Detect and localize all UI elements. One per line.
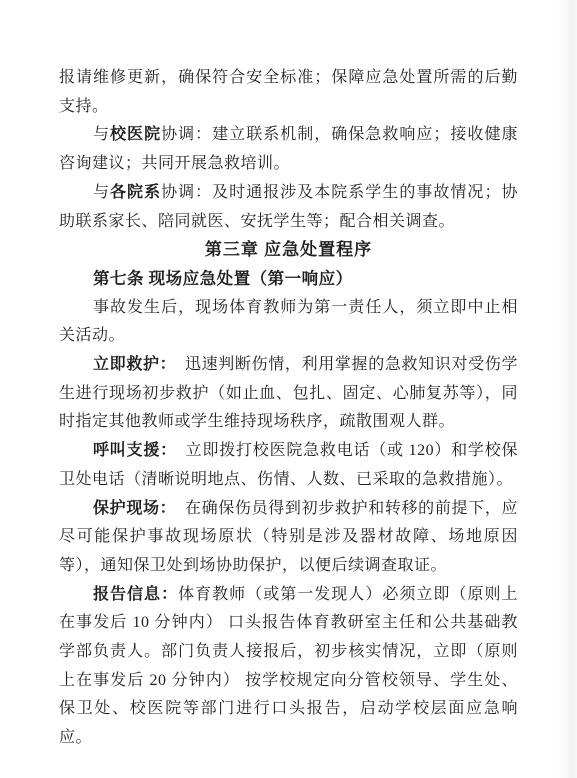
paragraph-protect-scene: 保护现场： 在确保伤员得到初步救护和转移的前提下，应尽可能保护事故现场原状（特别… (59, 495, 518, 581)
text-run: 事故发生后，现场体育教师为第一责任人，须立即中止相关活动。 (59, 299, 518, 345)
paragraph-call-support: 呼叫支援： 立即拨打校医院急救电话（或 120）和学校保卫处电话（清晰说明地点、… (59, 437, 518, 494)
chapter-3-heading: 第三章 应急处置程序 (59, 236, 518, 265)
text-run: 报告信息： (93, 586, 178, 603)
text-run: 呼叫支援： (93, 442, 169, 459)
text-run: 各院系 (110, 184, 161, 201)
document-page: 报请维修更新，确保符合安全标准；保障应急处置所需的后勤支持。与校医院协调：建立联… (0, 0, 577, 778)
paragraph-report-information: 报告信息：体育教师（或第一发现人）必须立即（原则上在事发后 10 分钟内） 口头… (59, 581, 518, 753)
text-run: 与 (93, 184, 110, 201)
text-run: 体育教师（或第一发现人）必须立即（原则上在事发后 10 分钟内） 口头报告体育教… (59, 586, 518, 747)
text-run: 第七条 现场应急处置（第一响应） (93, 269, 353, 288)
text-run: 第三章 应急处置程序 (205, 240, 372, 259)
page-edge-shadow (557, 0, 577, 778)
text-run: 立即救护： (93, 356, 168, 373)
paragraph-hospital-coordination: 与校医院协调：建立联系机制，确保急救响应；接收健康咨询建议；共同开展急救培训。 (59, 121, 518, 178)
text-run: 校医院 (110, 126, 161, 143)
article-7-heading: 第七条 现场应急处置（第一响应） (59, 265, 518, 294)
document-body: 报请维修更新，确保符合安全标准；保障应急处置所需的后勤支持。与校医院协调：建立联… (59, 64, 518, 753)
text-run: 保护现场： (93, 500, 168, 517)
paragraph-first-responder: 事故发生后，现场体育教师为第一责任人，须立即中止相关活动。 (59, 294, 518, 351)
text-run: 与 (93, 126, 110, 143)
paragraph-immediate-rescue: 立即救护： 迅速判断伤情，利用掌握的急救知识对受伤学生进行现场初步救护（如止血、… (59, 351, 518, 437)
paragraph-departments-coordination: 与各院系协调：及时通报涉及本院系学生的事故情况；协助联系家长、陪同就医、安抚学生… (59, 179, 518, 236)
paragraph-logistics-support: 报请维修更新，确保符合安全标准；保障应急处置所需的后勤支持。 (59, 64, 518, 121)
text-run: 报请维修更新，确保符合安全标准；保障应急处置所需的后勤支持。 (59, 69, 518, 115)
